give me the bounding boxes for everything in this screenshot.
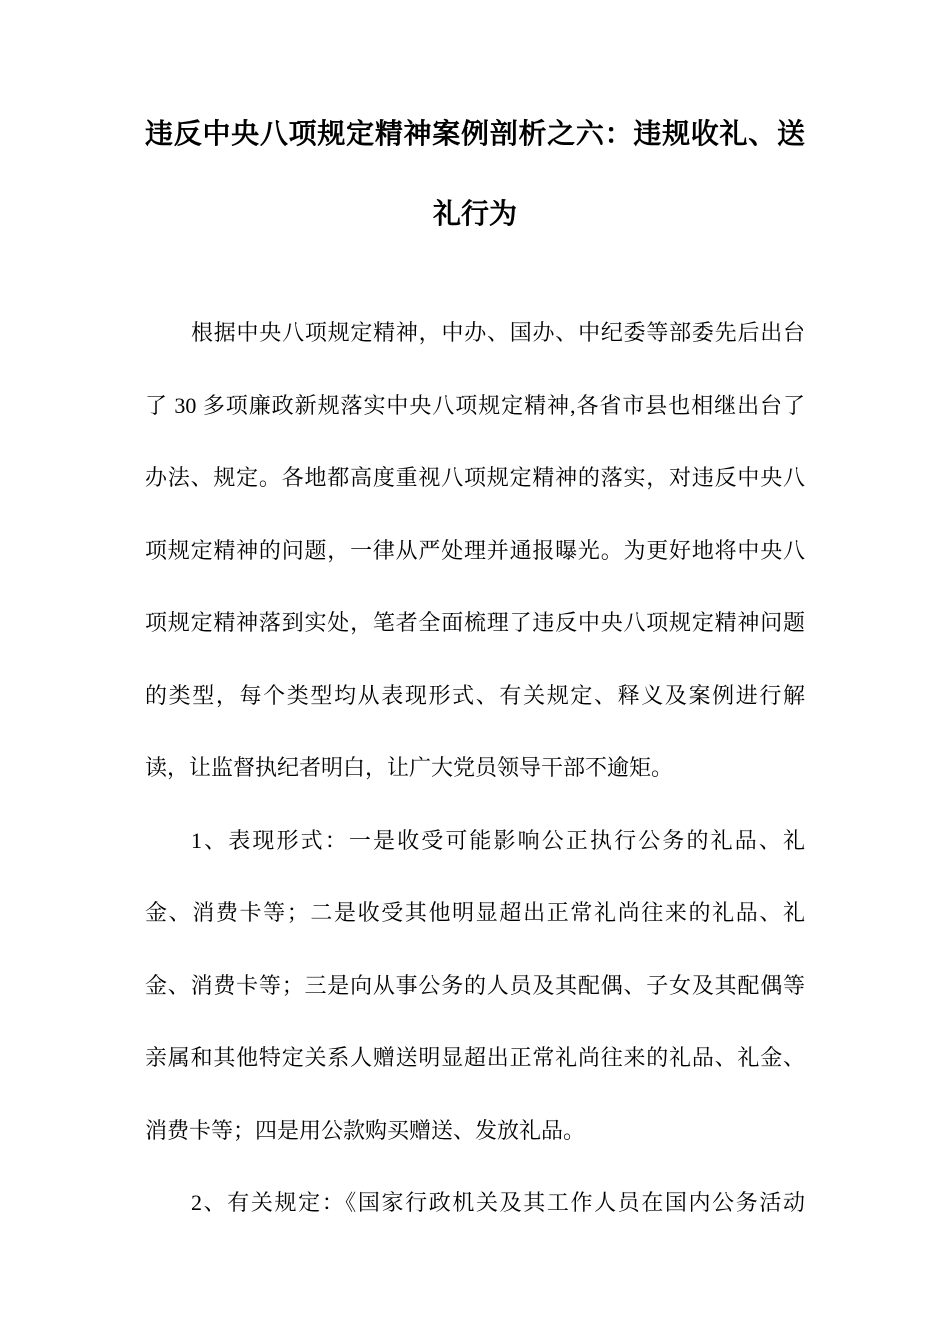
body-line: 办法、规定。各地都高度重视八项规定精神的落实，对违反中央八 xyxy=(145,442,805,515)
body-line: 项规定精神落到实处，笔者全面梳理了违反中央八项规定精神问题 xyxy=(145,587,805,660)
body-line: 消费卡等；四是用公款购买赠送、发放礼品。 xyxy=(145,1095,805,1168)
document-title-line-2: 礼行为 xyxy=(145,175,805,255)
body-line: 了 30 多项廉政新规落实中央八项规定精神,各省市县也相继出台了 xyxy=(145,370,805,443)
body-line: 根据中央八项规定精神，中办、国办、中纪委等部委先后出台 xyxy=(145,297,805,370)
body-line: 1、表现形式：一是收受可能影响公正执行公务的礼品、礼 xyxy=(145,805,805,878)
document-title: 违反中央八项规定精神案例剖析之六：违规收礼、送 礼行为 xyxy=(145,95,805,255)
body-line: 的类型，每个类型均从表现形式、有关规定、释义及案例进行解 xyxy=(145,660,805,733)
document-title-line-1: 违反中央八项规定精神案例剖析之六：违规收礼、送 xyxy=(145,95,805,175)
body-line: 金、消费卡等；二是收受其他明显超出正常礼尚往来的礼品、礼 xyxy=(145,877,805,950)
body-line: 项规定精神的问题，一律从严处理并通报曝光。为更好地将中央八 xyxy=(145,515,805,588)
body-line: 2、有关规定：《国家行政机关及其工作人员在国内公务活动 xyxy=(145,1167,805,1240)
document-body: 根据中央八项规定精神，中办、国办、中纪委等部委先后出台 了 30 多项廉政新规落… xyxy=(145,297,805,1240)
body-line: 亲属和其他特定关系人赠送明显超出正常礼尚往来的礼品、礼金、 xyxy=(145,1022,805,1095)
document-page: 违反中央八项规定精神案例剖析之六：违规收礼、送 礼行为 根据中央八项规定精神，中… xyxy=(0,0,950,1344)
body-line: 金、消费卡等；三是向从事公务的人员及其配偶、子女及其配偶等 xyxy=(145,950,805,1023)
body-line: 读，让监督执纪者明白，让广大党员领导干部不逾矩。 xyxy=(145,732,805,805)
